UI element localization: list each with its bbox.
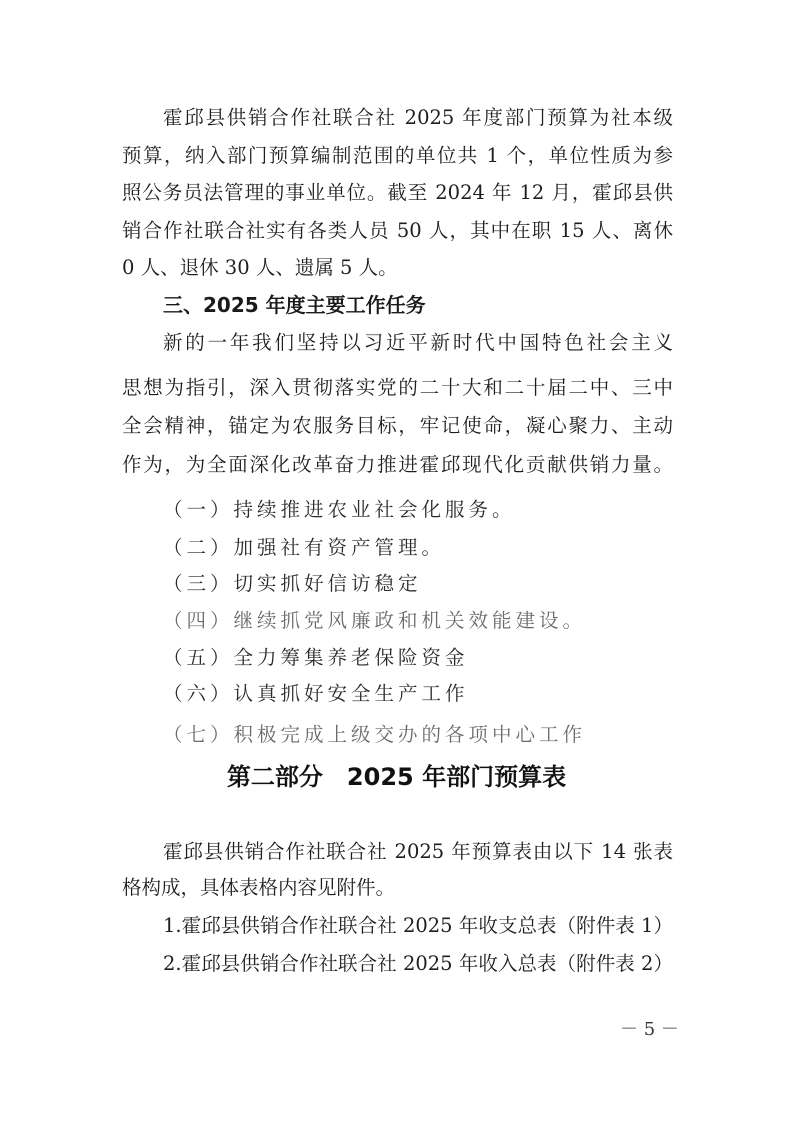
task-item: （五）全力筹集养老保险资金 <box>163 640 469 676</box>
task-item: （一）持续推进农业社会化服务。 <box>163 492 516 528</box>
table-list-item: 2.霍邱县供销合作社联合社 2025 年收入总表（附件表 2） <box>163 946 673 982</box>
task-item: （六）认真抓好安全生产工作 <box>163 676 469 712</box>
paragraph-line: 照公务员法管理的事业单位。截至 2024 年 12 月，霍邱县供 <box>122 175 673 211</box>
paragraph-line: 新的一年我们坚持以习近平新时代中国特色社会主义 <box>163 325 673 361</box>
part-title: 第二部分 2025 年部门预算表 <box>0 757 793 797</box>
paragraph-line: 格构成，具体表格内容见附件。 <box>122 870 673 906</box>
paragraph-line: 预算，纳入部门预算编制范围的单位共 1 个，单位性质为参 <box>122 138 673 174</box>
page-number: － 5 － <box>620 1015 679 1045</box>
paragraph-line: 0 人、退休 30 人、遗属 5 人。 <box>122 250 673 286</box>
section-heading: 三、2025 年度主要工作任务 <box>163 287 426 323</box>
paragraph-line: 思想为指引，深入贯彻落实党的二十大和二十届二中、三中 <box>122 370 673 406</box>
table-list-item: 1.霍邱县供销合作社联合社 2025 年收支总表（附件表 1） <box>163 908 673 944</box>
paragraph-line: 霍邱县供销合作社联合社 2025 年度部门预算为社本级 <box>163 100 673 136</box>
paragraph-line: 全会精神，锚定为农服务目标，牢记使命，凝心聚力、主动 <box>122 408 673 444</box>
task-item: （二）加强社有资产管理。 <box>163 530 445 566</box>
task-item: （三）切实抓好信访稳定 <box>163 566 422 602</box>
task-item: （四）继续抓党风廉政和机关效能建设。 <box>163 603 586 639</box>
paragraph-line: 销合作社联合社实有各类人员 50 人，其中在职 15 人、离休 <box>122 213 673 249</box>
paragraph-line: 霍邱县供销合作社联合社 2025 年预算表由以下 14 张表 <box>163 834 673 870</box>
task-item: （七）积极完成上级交办的各项中心工作 <box>163 717 586 753</box>
paragraph-line: 作为，为全面深化改革奋力推进霍邱现代化贡献供销力量。 <box>122 447 673 483</box>
